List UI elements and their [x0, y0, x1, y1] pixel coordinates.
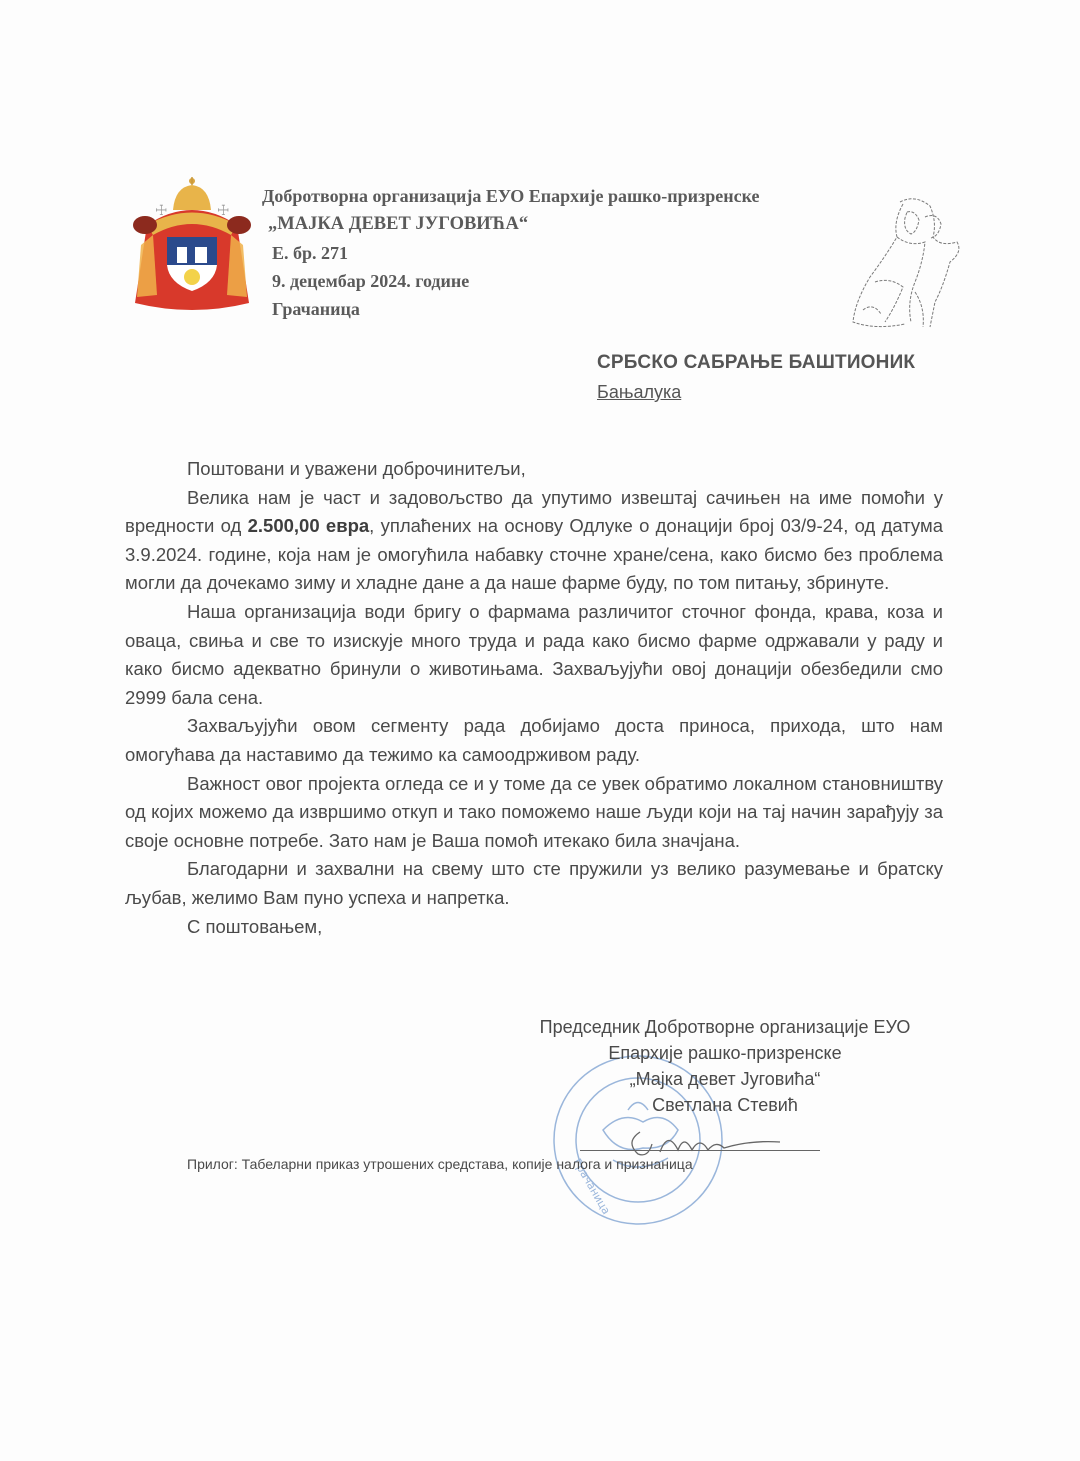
- madonna-sketch-icon: [845, 192, 965, 332]
- signature-org-name: „Мајка девет Југовића“: [490, 1066, 960, 1092]
- letter-page: ☩ ☩ Добротворна организација ЕУО Епархиј…: [0, 0, 1080, 1461]
- signatory-name: Светлана Стевић: [490, 1092, 960, 1118]
- recipient-name: СРБСКО САБРАЊЕ БАШТИОНИК: [597, 352, 915, 374]
- organization-line: Добротворна организација ЕУО Епархије ра…: [262, 186, 760, 207]
- donation-amount: 2.500,00 евра: [248, 515, 370, 536]
- signature-line: [580, 1150, 820, 1151]
- reference-number: Е. бр. 271: [272, 243, 348, 264]
- signature-title: Председник Добротворне организације ЕУО: [490, 1014, 960, 1040]
- salutation: Поштовани и уважени доброчинитељи,: [125, 455, 943, 484]
- paragraph-1: Велика нам је част и задовољство да упут…: [125, 484, 943, 598]
- paragraph-3: Захваљујући овом сегменту рада добијамо …: [125, 712, 943, 769]
- recipient-city: Бањалука: [597, 382, 915, 403]
- coat-of-arms-icon: ☩ ☩: [127, 175, 257, 315]
- letter-date: 9. децембар 2024. године: [272, 271, 469, 292]
- closing: С поштовањем,: [125, 913, 943, 942]
- signature-block: Председник Добротворне организације ЕУО …: [490, 1014, 960, 1118]
- attachment-note: Прилог: Табеларни приказ утрошених средс…: [187, 1156, 693, 1172]
- svg-text:☩: ☩: [217, 203, 230, 219]
- signature-eparchy: Епархије рашко-призренске: [490, 1040, 960, 1066]
- paragraph-5: Благодарни и захвални на свему што сте п…: [125, 855, 943, 912]
- organization-name: „МАЈКА ДЕВЕТ ЈУГОВИЋА“: [268, 214, 528, 235]
- letter-place: Грачаница: [272, 299, 360, 320]
- recipient-block: СРБСКО САБРАЊЕ БАШТИОНИК Бањалука: [597, 352, 915, 403]
- paragraph-2: Наша организација води бригу о фармама р…: [125, 598, 943, 712]
- svg-text:☩: ☩: [155, 203, 168, 219]
- letter-body: Поштовани и уважени доброчинитељи, Велик…: [125, 455, 943, 941]
- paragraph-4: Важност овог пројекта огледа се и у томе…: [125, 770, 943, 856]
